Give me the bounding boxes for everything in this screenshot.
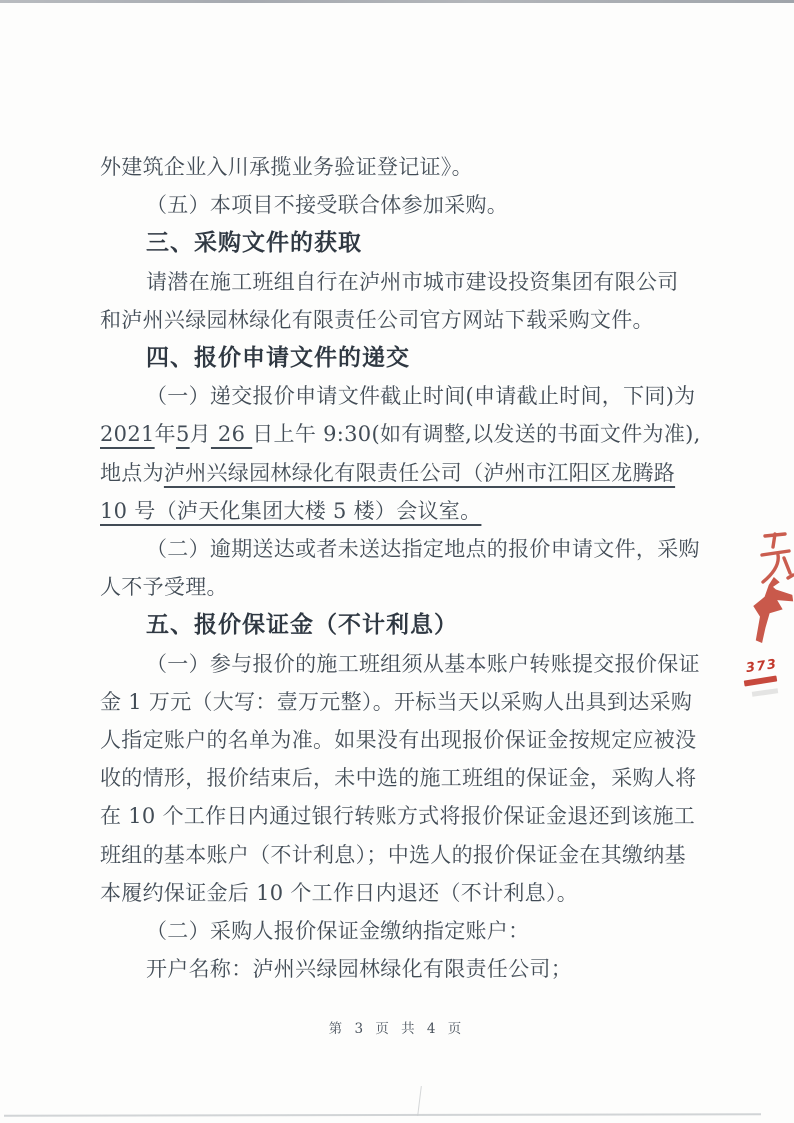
deadline-day: 26 [211,422,252,446]
doc-text: （一）递交报价申请文件截止时间(申请截止时间，下同)为 [146,384,695,408]
doc-line: 在 10 个工作日内通过银行转账方式将报价保证金退还到该施工 [100,797,706,835]
doc-text: 日上午 9:30(如有调整,以发送的书面文件为准), [252,422,700,446]
address-underlined: 10 号（泸天化集团大楼 5 楼）会议室。 [100,499,481,523]
doc-line: （一）递交报价申请文件截止时间(申请截止时间，下同)为 [100,377,706,415]
doc-text: 地点为 [100,461,164,485]
doc-line-address: 10 号（泸天化集团大楼 5 楼）会议室。 [100,492,706,530]
scanned-document-page: 外建筑企业入川承揽业务验证登记证》。 （五）本项目不接受联合体参加采购。 三、采… [0,0,794,1123]
page-number-footer: 第 3 页 共 4 页 [0,1017,794,1037]
scan-top-edge-line [0,0,794,3]
heading-text: 三、采购文件的获取 [146,230,362,256]
doc-line-deadline: 2021年5月 26 日上午 9:30(如有调整,以发送的书面文件为准), [100,415,706,453]
doc-text: 和泸州兴绿园林绿化有限责任公司官方网站下载采购文件。 [100,308,654,332]
doc-line: 班组的基本账户（不计利息）；中选人的报价保证金在其缴纳基 [100,836,706,874]
scan-bottom-edge-line [4,1113,761,1117]
stamp-number: 373 [745,657,778,676]
doc-line: （五）本项目不接受联合体参加采购。 [100,186,706,224]
doc-line: 外建筑企业入川承揽业务验证登记证》。 [100,148,706,186]
red-seal-character-fragment-icon [757,531,794,586]
doc-line: 人不予受理。 [100,568,706,606]
doc-text: 收的情形，报价结束后，未中选的施工班组的保证金，采购人将 [100,766,696,790]
doc-text: 年 [155,422,176,446]
doc-line: （一）参与报价的施工班组须从基本账户转账提交报价保证 [100,645,706,683]
red-seal-stroke-fragment [752,577,794,643]
doc-text: （五）本项目不接受联合体参加采购。 [146,193,508,217]
doc-text: 人指定账户的名单为准。如果没有出现报价保证金按规定应被没 [100,728,696,752]
section-heading-5: 五、报价保证金（不计利息） [100,606,706,644]
doc-line: 开户名称：泸州兴绿园林绿化有限责任公司； [100,950,706,988]
doc-line: 和泸州兴绿园林绿化有限责任公司官方网站下载采购文件。 [100,301,706,339]
address-underlined: 泸州兴绿园林绿化有限责任公司（泸州市江阳区龙腾路 [164,461,675,485]
doc-text: 本履约保证金后 10 个工作日内退还（不计利息）。 [100,881,578,905]
document-content: 外建筑企业入川承揽业务验证登记证》。 （五）本项目不接受联合体参加采购。 三、采… [100,148,706,988]
doc-line: 收的情形，报价结束后，未中选的施工班组的保证金，采购人将 [100,759,706,797]
doc-text: 人不予受理。 [100,575,228,599]
doc-text: 金 1 万元（大写：壹万元整）。开标当天以采购人出具到达采购 [100,690,692,714]
doc-text: 月 [190,422,211,446]
doc-line: 请潜在施工班组自行在泸州市城市建设投资集团有限公司 [100,263,706,301]
doc-text: （二）逾期送达或者未送达指定地点的报价申请文件，采购 [146,537,700,561]
red-stamp-underline-stroke [744,675,778,686]
doc-text: 开户名称：泸州兴绿园林绿化有限责任公司； [146,957,572,981]
heading-text: 五、报价保证金（不计利息） [146,612,458,638]
doc-line: 金 1 万元（大写：壹万元整）。开标当天以采购人出具到达采购 [100,683,706,721]
doc-text: 在 10 个工作日内通过银行转账方式将报价保证金退还到该施工 [100,804,695,828]
heading-text: 四、报价申请文件的递交 [146,345,410,371]
deadline-year: 2021 [100,422,155,446]
stamp-smudge [752,688,778,697]
doc-text: （一）参与报价的施工班组须从基本账户转账提交报价保证 [146,652,700,676]
section-heading-3: 三、采购文件的获取 [100,224,706,262]
deadline-month: 5 [176,422,190,446]
doc-line-address: 地点为泸州兴绿园林绿化有限责任公司（泸州市江阳区龙腾路 [100,454,706,492]
doc-text: （二）采购人报价保证金缴纳指定账户： [146,919,529,943]
scan-scratch-artifact [417,1086,422,1116]
doc-text: 外建筑企业入川承揽业务验证登记证》。 [100,155,473,179]
doc-text: 班组的基本账户（不计利息）；中选人的报价保证金在其缴纳基 [100,843,686,867]
doc-line: （二）采购人报价保证金缴纳指定账户： [100,912,706,950]
doc-line: （二）逾期送达或者未送达指定地点的报价申请文件，采购 [100,530,706,568]
doc-line: 本履约保证金后 10 个工作日内退还（不计利息）。 [100,874,706,912]
doc-text: 请潜在施工班组自行在泸州市城市建设投资集团有限公司 [146,270,679,294]
section-heading-4: 四、报价申请文件的递交 [100,339,706,377]
doc-line: 人指定账户的名单为准。如果没有出现报价保证金按规定应被没 [100,721,706,759]
